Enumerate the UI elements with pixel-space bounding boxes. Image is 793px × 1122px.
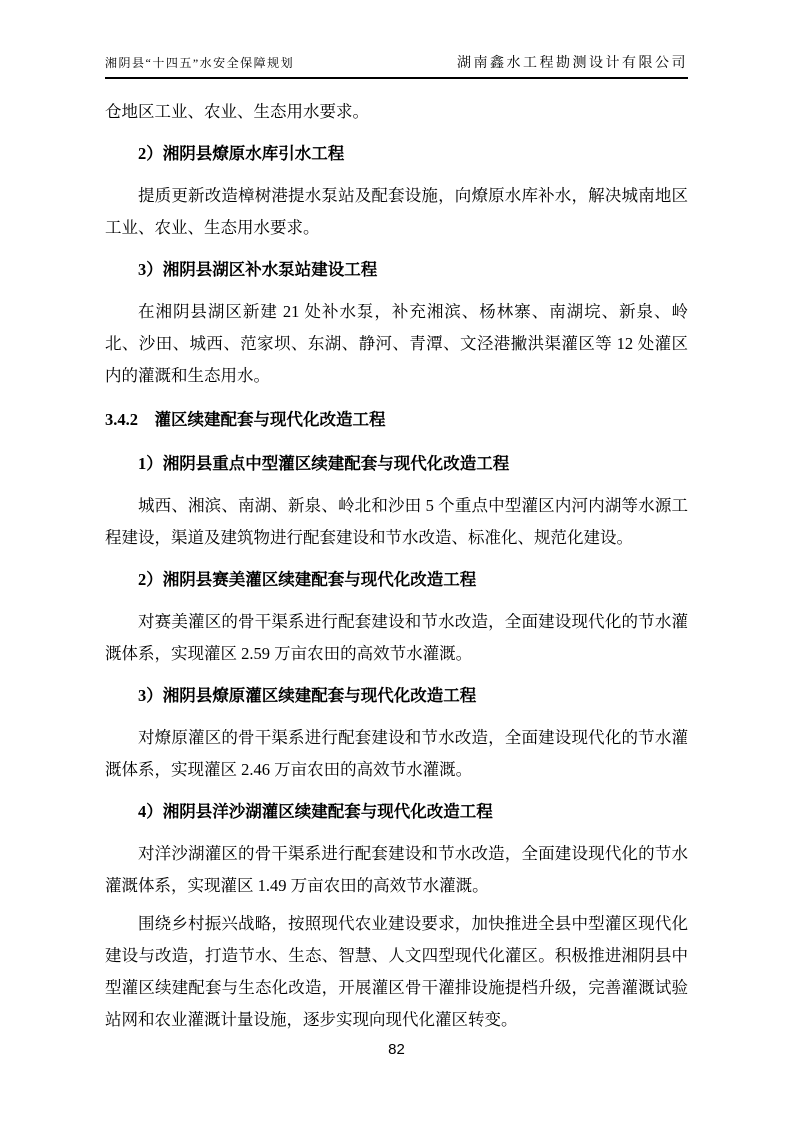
header-doc-title: 湘阴县“十四五”水安全保障规划 <box>105 54 294 71</box>
paragraph: 对赛美灌区的骨干渠系进行配套建设和节水改造，全面建设现代化的节水灌溉体系，实现灌… <box>105 606 688 670</box>
paragraph: 对洋沙湖灌区的骨干渠系进行配套建设和节水改造，全面建设现代化的节水灌溉体系，实现… <box>105 838 688 902</box>
document-body: 仓地区工业、农业、生态用水要求。2）湘阴县燎原水库引水工程提质更新改造樟树港提水… <box>105 90 688 1042</box>
page-number: 82 <box>0 1041 793 1058</box>
header-company-name: 湖南鑫水工程勘测设计有限公司 <box>457 52 688 72</box>
sub-heading: 2）湘阴县赛美灌区续建配套与现代化改造工程 <box>105 564 688 596</box>
sub-heading: 3）湘阴县湖区补水泵站建设工程 <box>105 254 688 286</box>
sub-heading: 2）湘阴县燎原水库引水工程 <box>105 138 688 170</box>
document-page: 湘阴县“十四五”水安全保障规划 湖南鑫水工程勘测设计有限公司 仓地区工业、农业、… <box>0 0 793 1122</box>
page-header: 湘阴县“十四五”水安全保障规划 湖南鑫水工程勘测设计有限公司 <box>105 0 688 79</box>
paragraph: 提质更新改造樟树港提水泵站及配套设施，向燎原水库补水，解决城南地区工业、农业、生… <box>105 180 688 244</box>
sub-heading: 4）湘阴县洋沙湖灌区续建配套与现代化改造工程 <box>105 796 688 828</box>
paragraph: 城西、湘滨、南湖、新泉、岭北和沙田 5 个重点中型灌区内河内湖等水源工程建设，渠… <box>105 490 688 554</box>
paragraph: 围绕乡村振兴战略，按照现代农业建设要求，加快推进全县中型灌区现代化建设与改造，打… <box>105 908 688 1036</box>
paragraph: 在湘阴县湖区新建 21 处补水泵，补充湘滨、杨林寨、南湖垸、新泉、岭北、沙田、城… <box>105 296 688 392</box>
paragraph: 仓地区工业、农业、生态用水要求。 <box>105 96 688 128</box>
sub-heading: 1）湘阴县重点中型灌区续建配套与现代化改造工程 <box>105 448 688 480</box>
sub-heading: 3）湘阴县燎原灌区续建配套与现代化改造工程 <box>105 680 688 712</box>
section-heading: 3.4.2 灌区续建配套与现代化改造工程 <box>105 404 688 436</box>
paragraph: 对燎原灌区的骨干渠系进行配套建设和节水改造，全面建设现代化的节水灌溉体系，实现灌… <box>105 722 688 786</box>
